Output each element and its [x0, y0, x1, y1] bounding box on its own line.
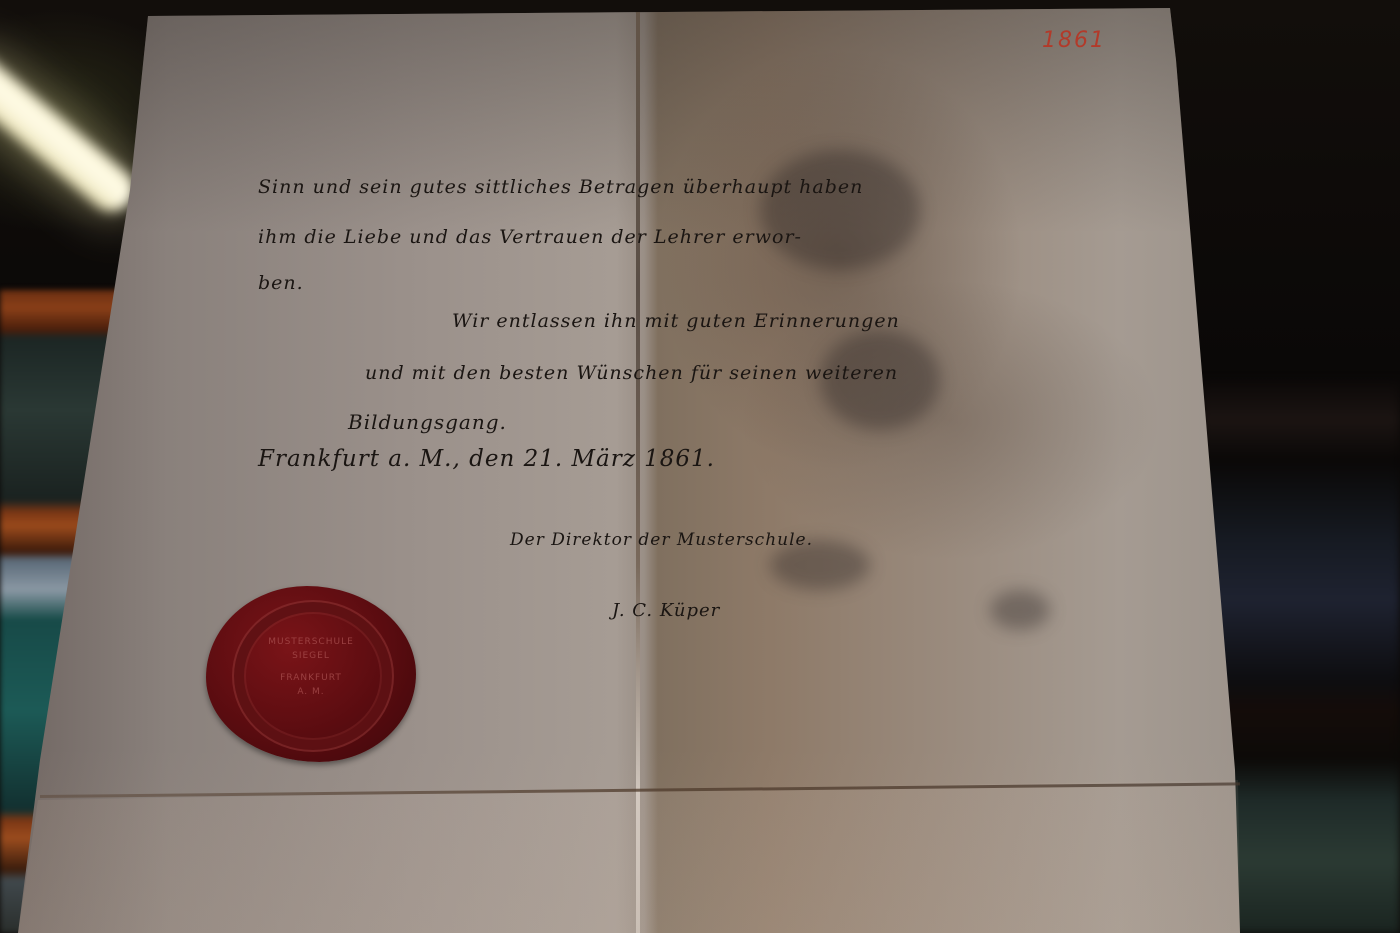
year-annotation: 1861 [1042, 28, 1106, 53]
text-line-2: ihm die Liebe und das Vertrauen der Lehr… [258, 226, 802, 248]
text-line-4: Wir entlassen ihn mit guten Erinnerungen [452, 310, 900, 332]
text-line-3: ben. [258, 272, 304, 294]
text-line-6: Bildungsgang. [348, 410, 507, 434]
ink-stain [990, 590, 1050, 630]
vertical-fold-line [636, 12, 640, 933]
wax-seal: MUSTERSCHULE SIEGEL FRANKFURT A. M. [206, 586, 416, 762]
signature-title: Der Direktor der Musterschule. [510, 530, 813, 550]
seal-text: A. M. [206, 686, 416, 698]
text-line-5: und mit den besten Wünschen für seinen w… [365, 362, 898, 384]
seal-text: MUSTERSCHULE [206, 636, 416, 648]
signature: J. C. Küper [612, 600, 720, 621]
seal-text: SIEGEL [206, 650, 416, 662]
ink-stain [760, 150, 920, 270]
place-date-line: Frankfurt a. M., den 21. März 1861. [258, 446, 715, 472]
text-line-1: Sinn und sein gutes sittliches Betragen … [258, 176, 863, 198]
seal-text: FRANKFURT [206, 672, 416, 684]
